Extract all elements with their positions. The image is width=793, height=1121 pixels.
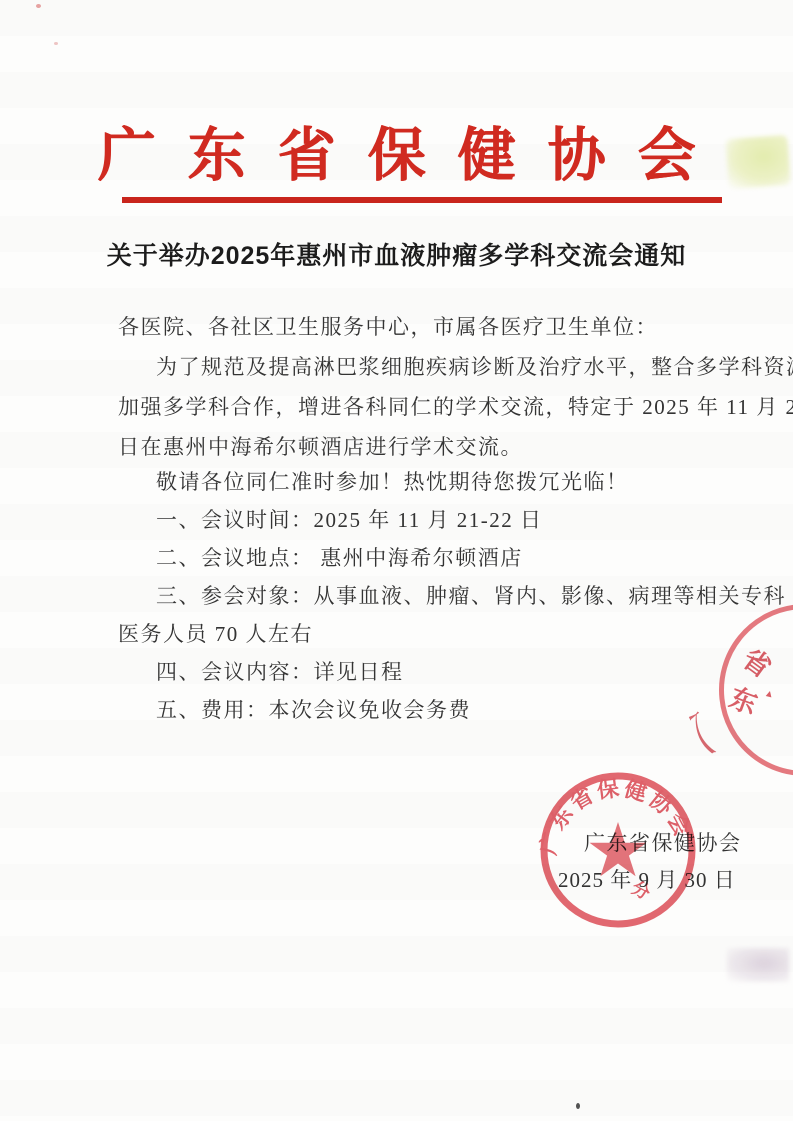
scan-smudge: [727, 948, 789, 982]
body-line: 为了规范及提高淋巴浆细胞疾病诊断及治疗水平，整合多学科资源，: [156, 354, 793, 380]
body-line-attendees-cont: 医务人员 70 人左右: [118, 621, 313, 647]
letterhead-divider: [122, 197, 722, 203]
body-line-meeting-place: 二、会议地点： 惠州中海希尔顿酒店: [156, 545, 523, 571]
scan-speck: [36, 4, 41, 8]
official-seal: 广东省保健协会 分: [538, 770, 698, 930]
highlighter-smudge: [725, 135, 790, 189]
partial-seal-edge: 省 东 ▲: [710, 595, 793, 784]
body-line: 加强多学科合作，增进各科同仁的学术交流，特定于 2025 年 11 月 21-2…: [118, 394, 793, 420]
document-page: 广东省保健协会 关于举办2025年惠州市血液肿瘤多学科交流会通知 各医院、各社区…: [0, 0, 793, 1121]
body-line: 日在惠州中海希尔顿酒店进行学术交流。: [118, 434, 523, 460]
seal-star-icon: [590, 822, 647, 876]
scan-speck: [576, 1103, 580, 1109]
partial-seal-char: 东: [725, 676, 764, 722]
body-line: 敬请各位同仁准时参加！热忱期待您拨冗光临！: [156, 469, 629, 495]
partial-seal-stroke: 乀: [674, 696, 729, 764]
body-line-meeting-time: 一、会议时间：2025 年 11 月 21-22 日: [156, 507, 542, 533]
partial-seal-triangle-icon: ▲: [763, 688, 775, 701]
body-line-meeting-content: 四、会议内容：详见日程: [156, 659, 404, 685]
body-line-salutation: 各医院、各社区卫生服务中心，市属各医疗卫生单位：: [118, 314, 658, 340]
document-title: 关于举办2025年惠州市血液肿瘤多学科交流会通知: [0, 236, 793, 272]
scan-speck: [54, 42, 58, 45]
seal-bottom-glyph: 分: [628, 877, 654, 904]
letterhead-title: 广东省保健协会: [0, 108, 793, 192]
body-line-fee: 五、费用：本次会议免收会务费: [156, 697, 471, 723]
body-line-attendees: 三、参会对象：从事血液、肿瘤、肾内、影像、病理等相关专科 的: [156, 583, 793, 609]
